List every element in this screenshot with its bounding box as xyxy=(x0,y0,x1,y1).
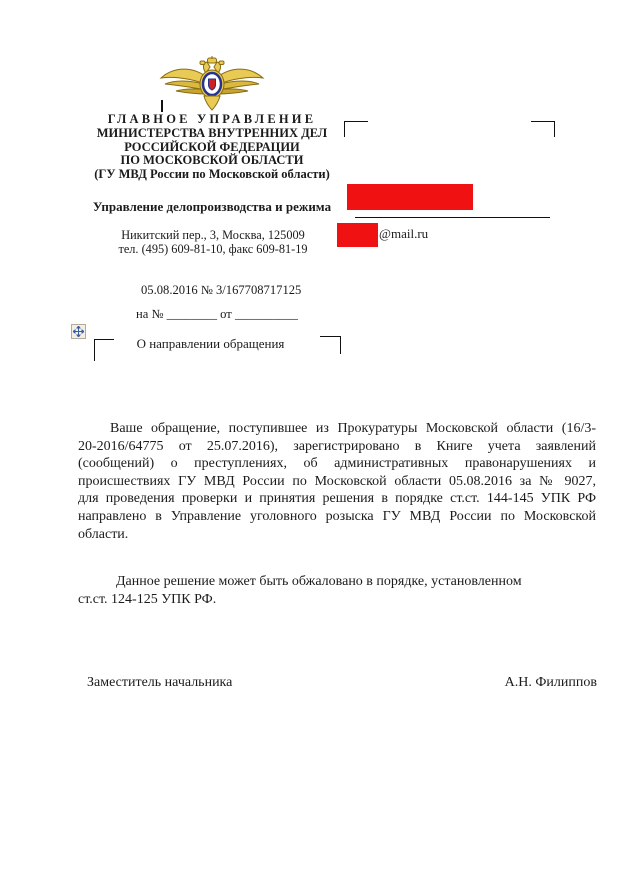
body-line: (сообщений) о преступлениях, об админист… xyxy=(78,455,596,473)
body-paragraph-2: Данное решение может быть обжаловано в п… xyxy=(78,573,578,608)
subject-line: О направлении обращения xyxy=(58,336,363,352)
body-line: для проведения проверки и принятия решен… xyxy=(78,490,596,508)
addressee-underline xyxy=(355,217,550,218)
org-name-line: ПО МОСКОВСКОЙ ОБЛАСТИ xyxy=(58,154,366,168)
body-paragraph-1: Ваше обращение, поступившее из Прокурату… xyxy=(78,420,596,543)
letter-page: ГЛАВНОЕ УПРАВЛЕНИЕ МИНИСТЕРСТВА ВНУТРЕНН… xyxy=(0,0,621,884)
redaction-box-addressee xyxy=(347,184,473,210)
signature-row: Заместитель начальника А.Н. Филиппов xyxy=(87,675,597,691)
letterhead-address: Никитский пер., 3, Москва, 125009 тел. (… xyxy=(58,228,368,256)
body-line: Ваше обращение, поступившее из Прокурату… xyxy=(78,420,596,438)
letterhead-org-block: ГЛАВНОЕ УПРАВЛЕНИЕ МИНИСТЕРСТВА ВНУТРЕНН… xyxy=(58,113,366,182)
body-line: направлено в Управление уголовного розыс… xyxy=(78,508,596,526)
org-name-line: (ГУ МВД России по Московской области) xyxy=(58,168,366,182)
signer-name: А.Н. Филиппов xyxy=(505,675,597,691)
org-name-line: РОССИЙСКОЙ ФЕДЕРАЦИИ xyxy=(58,141,366,155)
body-line: области. xyxy=(78,526,596,544)
redaction-box-email xyxy=(337,223,378,247)
address-line: Никитский пер., 3, Москва, 125009 xyxy=(58,228,368,242)
corner-mark-top-left xyxy=(344,121,368,137)
reply-reference-line: на № ________ от __________ xyxy=(136,307,298,322)
body-line: Данное решение может быть обжаловано в п… xyxy=(78,573,578,591)
org-name-line: ГЛАВНОЕ УПРАВЛЕНИЕ xyxy=(58,113,366,127)
template-tick-mark xyxy=(161,100,163,112)
signer-position: Заместитель начальника xyxy=(87,675,232,691)
body-line: ст.ст. 124-125 УПК РФ. xyxy=(78,591,578,609)
body-line: происшествиях ГУ МВД России по Московско… xyxy=(78,473,596,491)
mvd-emblem-icon xyxy=(158,56,266,113)
department-name: Управление делопроизводства и режима xyxy=(58,199,366,215)
body-line: 20-2016/64775 от 25.07.2016), зарегистри… xyxy=(78,438,596,456)
outgoing-date-number: 05.08.2016 № 3/167708717125 xyxy=(141,283,301,298)
corner-mark-top-right xyxy=(531,121,555,137)
address-line: тел. (495) 609-81-10, факс 609-81-19 xyxy=(58,242,368,256)
org-name-line: МИНИСТЕРСТВА ВНУТРЕННИХ ДЕЛ xyxy=(58,127,366,141)
email-suffix-text: @mail.ru xyxy=(379,226,428,242)
